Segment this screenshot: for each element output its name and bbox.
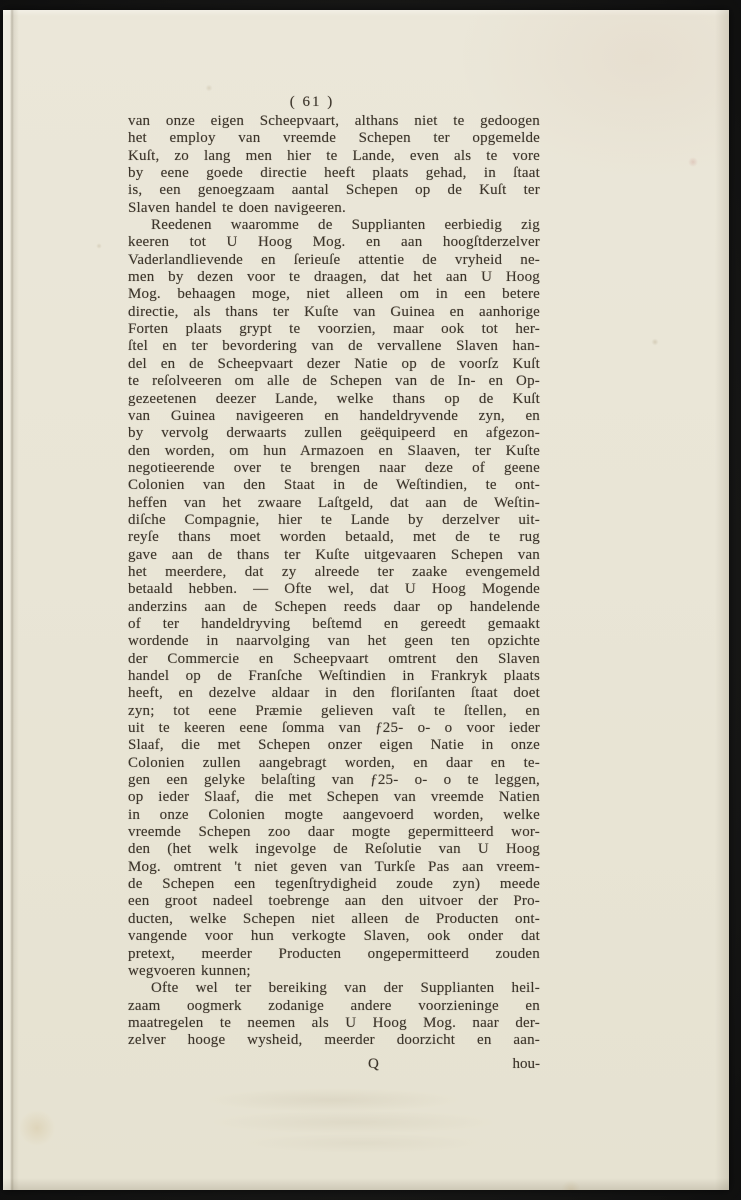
text-line: by vervolg derwaarts zullen geëquipeerd … (128, 425, 540, 442)
text-line: men by dezen voor te draagen, dat het aa… (128, 269, 540, 286)
body-text: van onze eigen Scheepvaart, althans niet… (128, 113, 540, 1050)
text-line: vangende voor hun verkogte Slaven, ook o… (128, 928, 540, 945)
text-line: of ter handeldryving beſtemd en gereedt … (128, 616, 540, 633)
text-line: Mog. omtrent 't niet geven van Turkſe Pa… (128, 859, 540, 876)
text-line: uit te keeren eene ſomma van ƒ25- o- o v… (128, 720, 540, 737)
text-line: by eene goede directie heeft plaats geha… (128, 165, 540, 182)
text-line: wordende in naarvolging van het geen ten… (128, 633, 540, 650)
text-line: del en de Scheepvaart dezer Natie op de … (128, 356, 540, 373)
text-line: den worden, om hun Armazoen en Slaaven, … (128, 443, 540, 460)
text-line: heeft, en dezelve aldaar in den floriſan… (128, 685, 540, 702)
text-line: maatregelen te neemen als U Hoog Mog. na… (128, 1015, 540, 1032)
text-line: gezeetenen deezer Lande, welke thans op … (128, 391, 540, 408)
text-line: directie, als thans ter Kuſte van Guinea… (128, 304, 540, 321)
text-line: ducten, welke Schepen niet alleen de Pro… (128, 911, 540, 928)
text-line: zelver hooge wysheid, meerder doorzicht … (128, 1032, 540, 1049)
text-line: keeren tot U Hoog Mog. en aan hoogſtderz… (128, 234, 540, 251)
text-line: heffen van het zwaare Laſtgeld, dat aan … (128, 495, 540, 512)
text-line: het meerdere, dat zy alreede ter zaake e… (128, 564, 540, 581)
text-line: zyn; tot eene Præmie gelieven vaſt te ſt… (128, 703, 540, 720)
text-line: in onze Colonien mogte aangevoerd worden… (128, 807, 540, 824)
text-line: Colonien van den Staat in de Weſtindien,… (128, 477, 540, 494)
text-line: van Guinea navigeeren en handeldryvende … (128, 408, 540, 425)
text-line: een groot nadeel toebrenge aan den uitvo… (128, 893, 540, 910)
text-line: Reedenen waaromme de Supplianten eerbied… (128, 217, 540, 234)
text-line: ſtel en ter bevordering van de vervallen… (128, 338, 540, 355)
text-line: Vaderlandlievende en ſerieuſe attentie d… (128, 252, 540, 269)
text-line: te reſolveeren om alle de Schepen van de… (128, 373, 540, 390)
text-line: diſche Compagnie, hier te Lande by derze… (128, 512, 540, 529)
text-line: van onze eigen Scheepvaart, althans niet… (128, 113, 540, 130)
text-line: op ieder Slaaf, die met Schepen van vree… (128, 789, 540, 806)
text-line: Mog. behaagen moge, niet alleen om in ee… (128, 286, 540, 303)
text-line: gave aan de thans ter Kuſte uitgevaaren … (128, 547, 540, 564)
text-line: het employ van vreemde Schepen ter opgem… (128, 130, 540, 147)
text-line: Forten plaats grypt te voorzien, maar oo… (128, 321, 540, 338)
text-line: Slaaf, die met Schepen onzer eigen Natie… (128, 737, 540, 754)
text-line: is, een genoegzaam aantal Schepen op de … (128, 182, 540, 199)
signature-line: Q hou- (128, 1055, 540, 1073)
text-line: negotieerende over te brengen naar deze … (128, 460, 540, 477)
text-line: wegvoeren kunnen; (128, 963, 540, 980)
text-line: handel op de Franſche Weſtindien in Fran… (128, 668, 540, 685)
text-line: betaald hebben. — Ofte wel, dat U Hoog M… (128, 581, 540, 598)
text-line: den (het welk ingevolge de Reſolutie van… (128, 841, 540, 858)
text-line: de Schepen een tegenſtrydigheid zoude zy… (128, 876, 540, 893)
catchword: hou- (513, 1055, 541, 1073)
text-line: anderzins aan de Schepen reeds daar op h… (128, 599, 540, 616)
scanned-document-page: ( 61 ) van onze eigen Scheepvaart, altha… (0, 0, 741, 1200)
paper-sheet: ( 61 ) van onze eigen Scheepvaart, altha… (3, 10, 729, 1190)
text-line: pretext, meerder Producten ongepermittee… (128, 946, 540, 963)
text-line: der Commercie en Scheepvaart omtrent den… (128, 651, 540, 668)
text-line: Colonien zullen aangebragt worden, en da… (128, 755, 540, 772)
page-number: ( 61 ) (106, 93, 518, 111)
text-line: reyſe thans moet worden betaald, met de … (128, 529, 540, 546)
quire-signature: Q (368, 1055, 379, 1073)
text-line: Slaven handel te doen navigeeren. (128, 200, 540, 217)
text-block: ( 61 ) van onze eigen Scheepvaart, altha… (128, 93, 540, 1073)
text-line: zaam oogmerk zodanige andere voorziening… (128, 998, 540, 1015)
text-line: gen een gelyke belaſting van ƒ25- o- o t… (128, 772, 540, 789)
text-line: Ofte wel ter bereiking van der Suppliant… (128, 980, 540, 997)
text-line: Kuſt, zo lang men hier te Lande, even al… (128, 148, 540, 165)
text-line: vreemde Schepen zoo daar mogte gepermitt… (128, 824, 540, 841)
